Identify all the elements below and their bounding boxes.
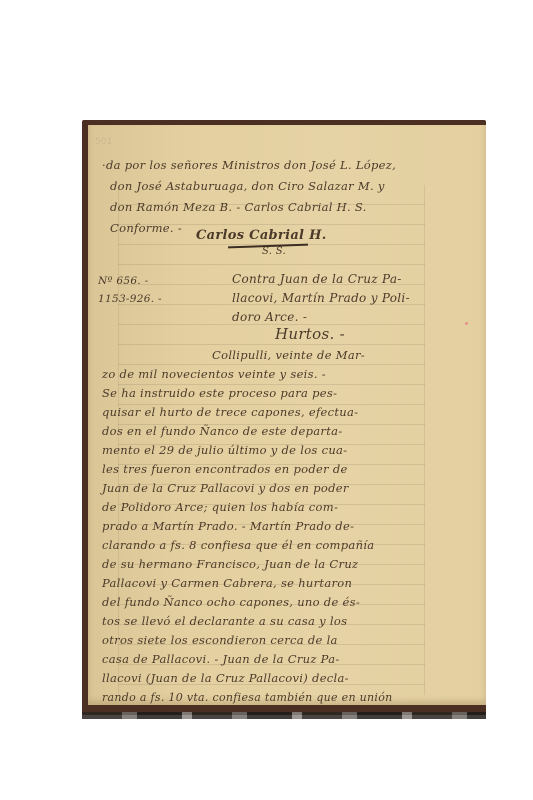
signature-subscript: S. S. [262,247,286,257]
body-line: tos se llevó el declarante a su casa y l… [102,616,347,628]
body-line: Juan de la Cruz Pallacovi y dos en poder [102,483,349,495]
body-line: Pallacovi y Carmen Cabrera, se hurtaron [102,578,352,590]
signature: Carlos Cabrial H. [196,229,327,242]
case-title-line: Contra Juan de la Cruz Pa- [232,273,402,285]
body-line: clarando a fs. 8 confiesa que él en comp… [102,540,374,552]
body-line: dos en el fundo Ñanco de este departa- [102,426,342,438]
case-reference: 1153-926. - [98,294,162,305]
body-line: Se ha instruido este proceso para pes- [102,388,337,400]
body-line: rando a fs. 10 vta. confiesa también que… [102,692,393,703]
binding-bottom-edge [82,712,486,719]
case-title-line: llacovi, Martín Prado y Poli- [232,292,410,304]
case-title-line: doro Arce. - [232,311,307,323]
body-line: casa de Pallacovi. - Juan de la Cruz Pa- [102,654,340,666]
body-line: llacovi (Juan de la Cruz Pallacovi) decl… [102,673,349,685]
body-line: del fundo Ñanco ocho capones, uno de és- [102,597,360,609]
body-line: quisar el hurto de trece capones, efectu… [102,407,358,419]
opening-line: don José Astaburuaga, don Ciro Salazar M… [110,181,385,193]
body-line: de Polidoro Arce; quien los había com- [102,502,338,514]
body-line: otros siete los escondieron cerca de la [102,635,338,647]
body-line: mento el 29 de julio último y de los cua… [102,445,347,457]
case-heading: Hurtos. - [275,327,345,342]
opening-line: don Ramón Meza B. - Carlos Cabrial H. S. [110,202,367,214]
body-line: de su hermano Francisco, Juan de la Cruz [102,559,358,571]
body-line: les tres fueron encontrados en poder de [102,464,348,476]
body-line: zo de mil novecientos veinte y seis. - [102,369,326,381]
paper-spot [465,322,468,325]
body-line: Collipulli, veinte de Mar- [212,350,365,362]
opening-line: ·da por los señores Ministros don José L… [102,160,396,172]
opening-line: Conforme. - [110,223,182,235]
body-line: prado a Martín Prado. - Martín Prado de- [102,521,354,533]
case-number: Nº 656. - [98,276,148,287]
folio-number: 501 [95,137,112,147]
